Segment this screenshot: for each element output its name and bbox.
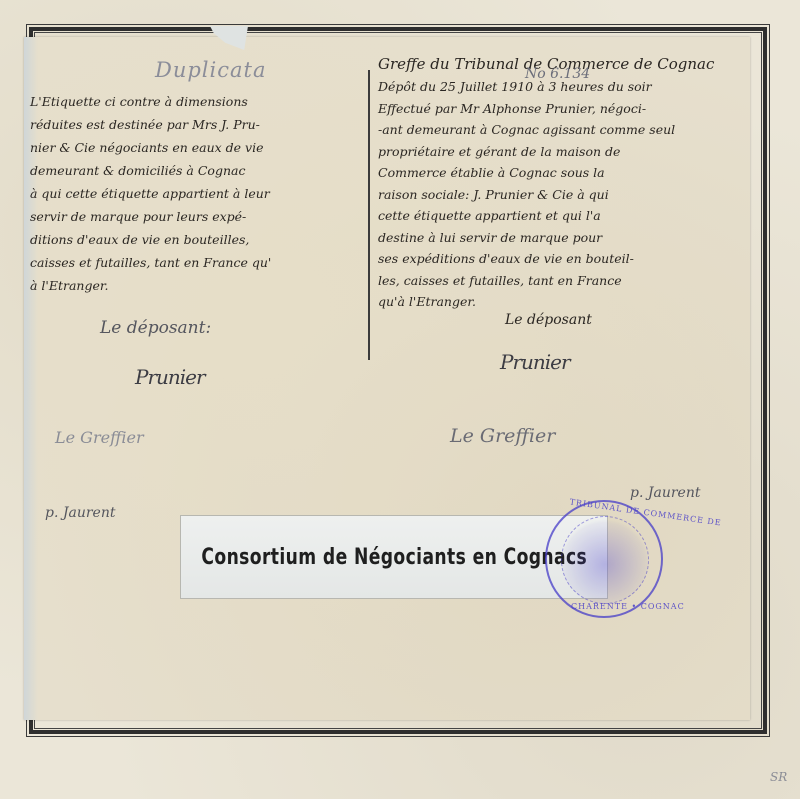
left-line: servir de marque pour leurs expé- (30, 205, 365, 228)
right-line: ses expéditions d'eaux de vie en bouteil… (378, 248, 758, 270)
depositor-signature-right: Prunier (500, 350, 570, 374)
left-line: caisses et futailles, tant en France qu' (30, 251, 365, 274)
archive-corner-mark: SR (770, 770, 787, 784)
right-line: raison sociale: J. Prunier & Cie à qui (378, 184, 758, 206)
registration-number: No 6.134 (525, 66, 590, 82)
right-line: les, caisses et futailles, tant en Franc… (378, 270, 758, 292)
right-line: destine à lui servir de marque pour (378, 227, 758, 249)
right-line: qu'à l'Etranger. (378, 291, 758, 313)
trademark-label-text: Consortium de Négociants en Cognacs (201, 545, 587, 570)
right-line: -ant demeurant à Cognac agissant comme s… (378, 119, 758, 141)
greffier-signature-left: Le Greffier (55, 428, 144, 447)
depositor-label-left: Le déposant: (100, 318, 211, 338)
tribunal-seal-stamp: TRIBUNAL DE COMMERCE DE CHARENTE • COGNA… (545, 500, 663, 618)
depositor-signature-left: Prunier (135, 365, 205, 389)
depositor-label-right: Le déposant (505, 312, 592, 328)
clerk-signature-left: p. Jaurent (45, 505, 115, 521)
left-line: à l'Etranger. (30, 274, 365, 297)
stamp-text-bottom: CHARENTE • COGNAC (571, 602, 685, 611)
left-line: nier & Cie négociants en eaux de vie (30, 136, 365, 159)
duplicata-heading: Duplicata (155, 58, 266, 82)
trademark-label: Consortium de Négociants en Cognacs (180, 515, 608, 599)
right-line: propriétaire et gérant de la maison de (378, 141, 758, 163)
right-line: cette étiquette appartient et qui l'a (378, 205, 758, 227)
right-line: Effectué par Mr Alphonse Prunier, négoci… (378, 98, 758, 120)
left-line: demeurant & domiciliés à Cognac (30, 159, 365, 182)
left-line: ditions d'eaux de vie en bouteilles, (30, 228, 365, 251)
column-divider (368, 70, 370, 360)
left-line: L'Etiquette ci contre à dimensions (30, 90, 365, 113)
clerk-signature-right: p. Jaurent (630, 485, 700, 501)
greffier-signature-right: Le Greffier (450, 425, 555, 447)
right-line: Commerce établie à Cognac sous la (378, 162, 758, 184)
left-line: réduites est destinée par Mrs J. Pru- (30, 113, 365, 136)
left-column-text: L'Etiquette ci contre à dimensions rédui… (30, 90, 365, 297)
right-column-text: Greffe du Tribunal de Commerce de Cognac… (378, 52, 758, 313)
left-line: à qui cette étiquette appartient à leur (30, 182, 365, 205)
seal-emblem-icon (561, 516, 649, 604)
